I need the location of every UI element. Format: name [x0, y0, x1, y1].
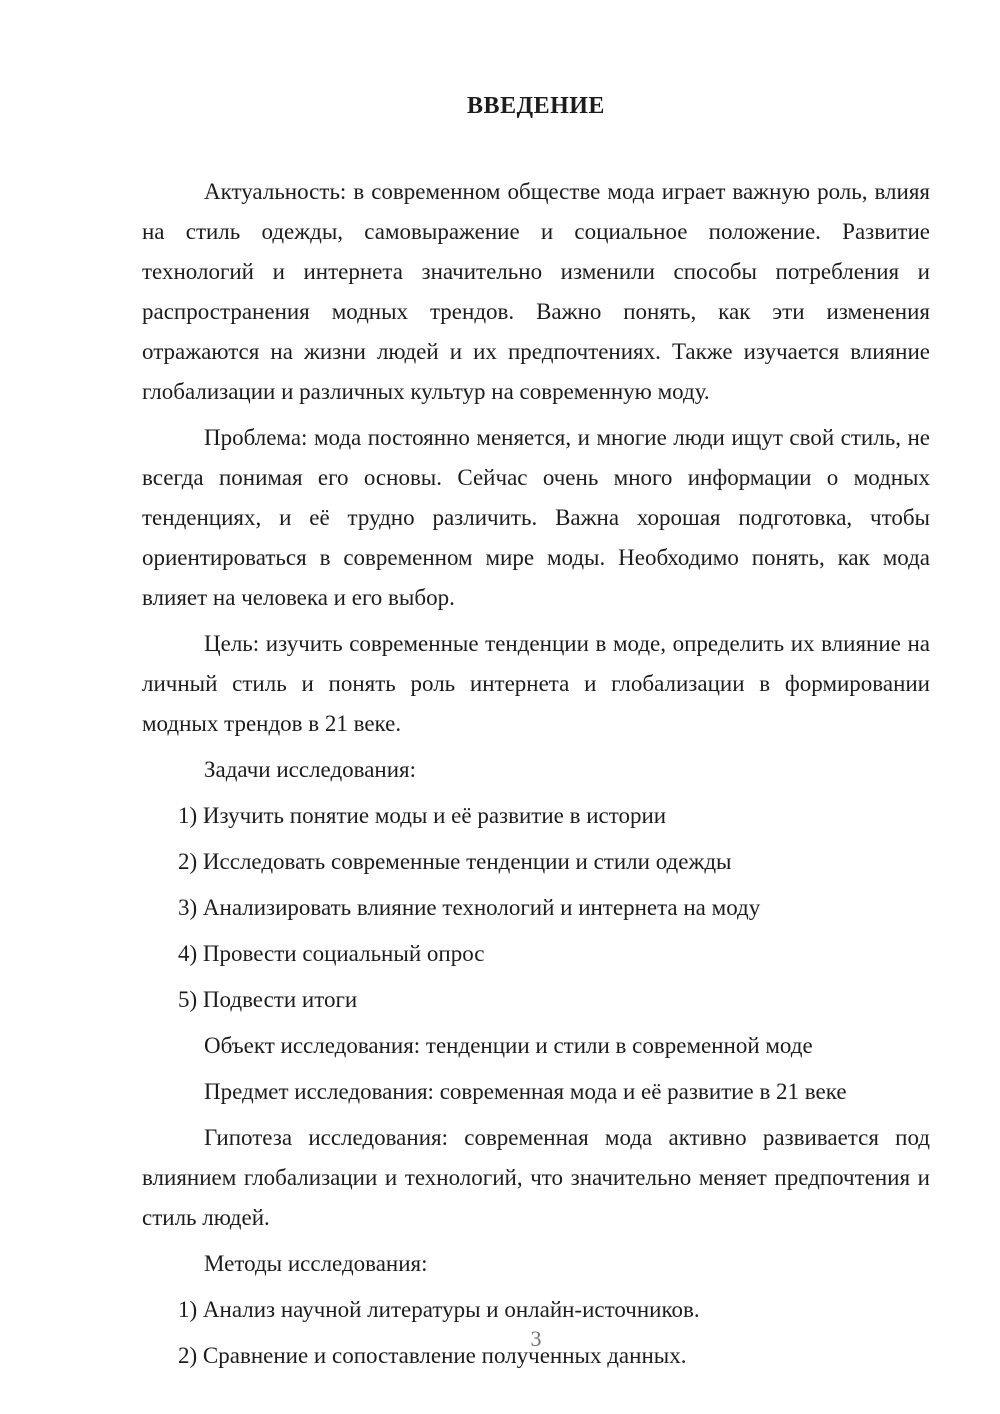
task-number: 1) — [178, 803, 197, 828]
paragraph-actuality: Актуальность: в современном обществе мод… — [142, 172, 930, 412]
paragraph-problem: Проблема: мода постоянно меняется, и мно… — [142, 418, 930, 618]
task-item-5: 5) Подвести итоги — [178, 980, 930, 1020]
paragraph-hypothesis: Гипотеза исследования: современная мода … — [142, 1118, 930, 1238]
task-item-4: 4) Провести социальный опрос — [178, 934, 930, 974]
task-text: Анализировать влияние технологий и интер… — [203, 895, 760, 920]
tasks-heading: Задачи исследования: — [142, 750, 930, 790]
task-number: 5) — [178, 987, 197, 1012]
document-page: ВВЕДЕНИЕ Актуальность: в современном общ… — [0, 0, 1000, 1414]
task-text: Провести социальный опрос — [203, 941, 485, 966]
task-item-1: 1) Изучить понятие моды и её развитие в … — [178, 796, 930, 836]
method-number: 1) — [178, 1297, 197, 1322]
paragraph-object: Объект исследования: тенденции и стили в… — [142, 1026, 930, 1066]
method-item-1: 1) Анализ научной литературы и онлайн-ис… — [178, 1290, 930, 1330]
task-text: Подвести итоги — [203, 987, 357, 1012]
methods-heading: Методы исследования: — [142, 1244, 930, 1284]
page-number: 3 — [142, 1326, 930, 1352]
tasks-list: 1) Изучить понятие моды и её развитие в … — [142, 796, 930, 1020]
method-text: Анализ научной литературы и онлайн-источ… — [203, 1297, 700, 1322]
task-item-2: 2) Исследовать современные тенденции и с… — [178, 842, 930, 882]
task-item-3: 3) Анализировать влияние технологий и ин… — [178, 888, 930, 928]
task-number: 4) — [178, 941, 197, 966]
task-text: Изучить понятие моды и её развитие в ист… — [203, 803, 666, 828]
page-title: ВВЕДЕНИЕ — [142, 86, 930, 126]
paragraph-goal: Цель: изучить современные тенденции в мо… — [142, 624, 930, 744]
paragraph-subject: Предмет исследования: современная мода и… — [142, 1072, 930, 1112]
task-number: 3) — [178, 895, 197, 920]
task-number: 2) — [178, 849, 197, 874]
task-text: Исследовать современные тенденции и стил… — [203, 849, 732, 874]
